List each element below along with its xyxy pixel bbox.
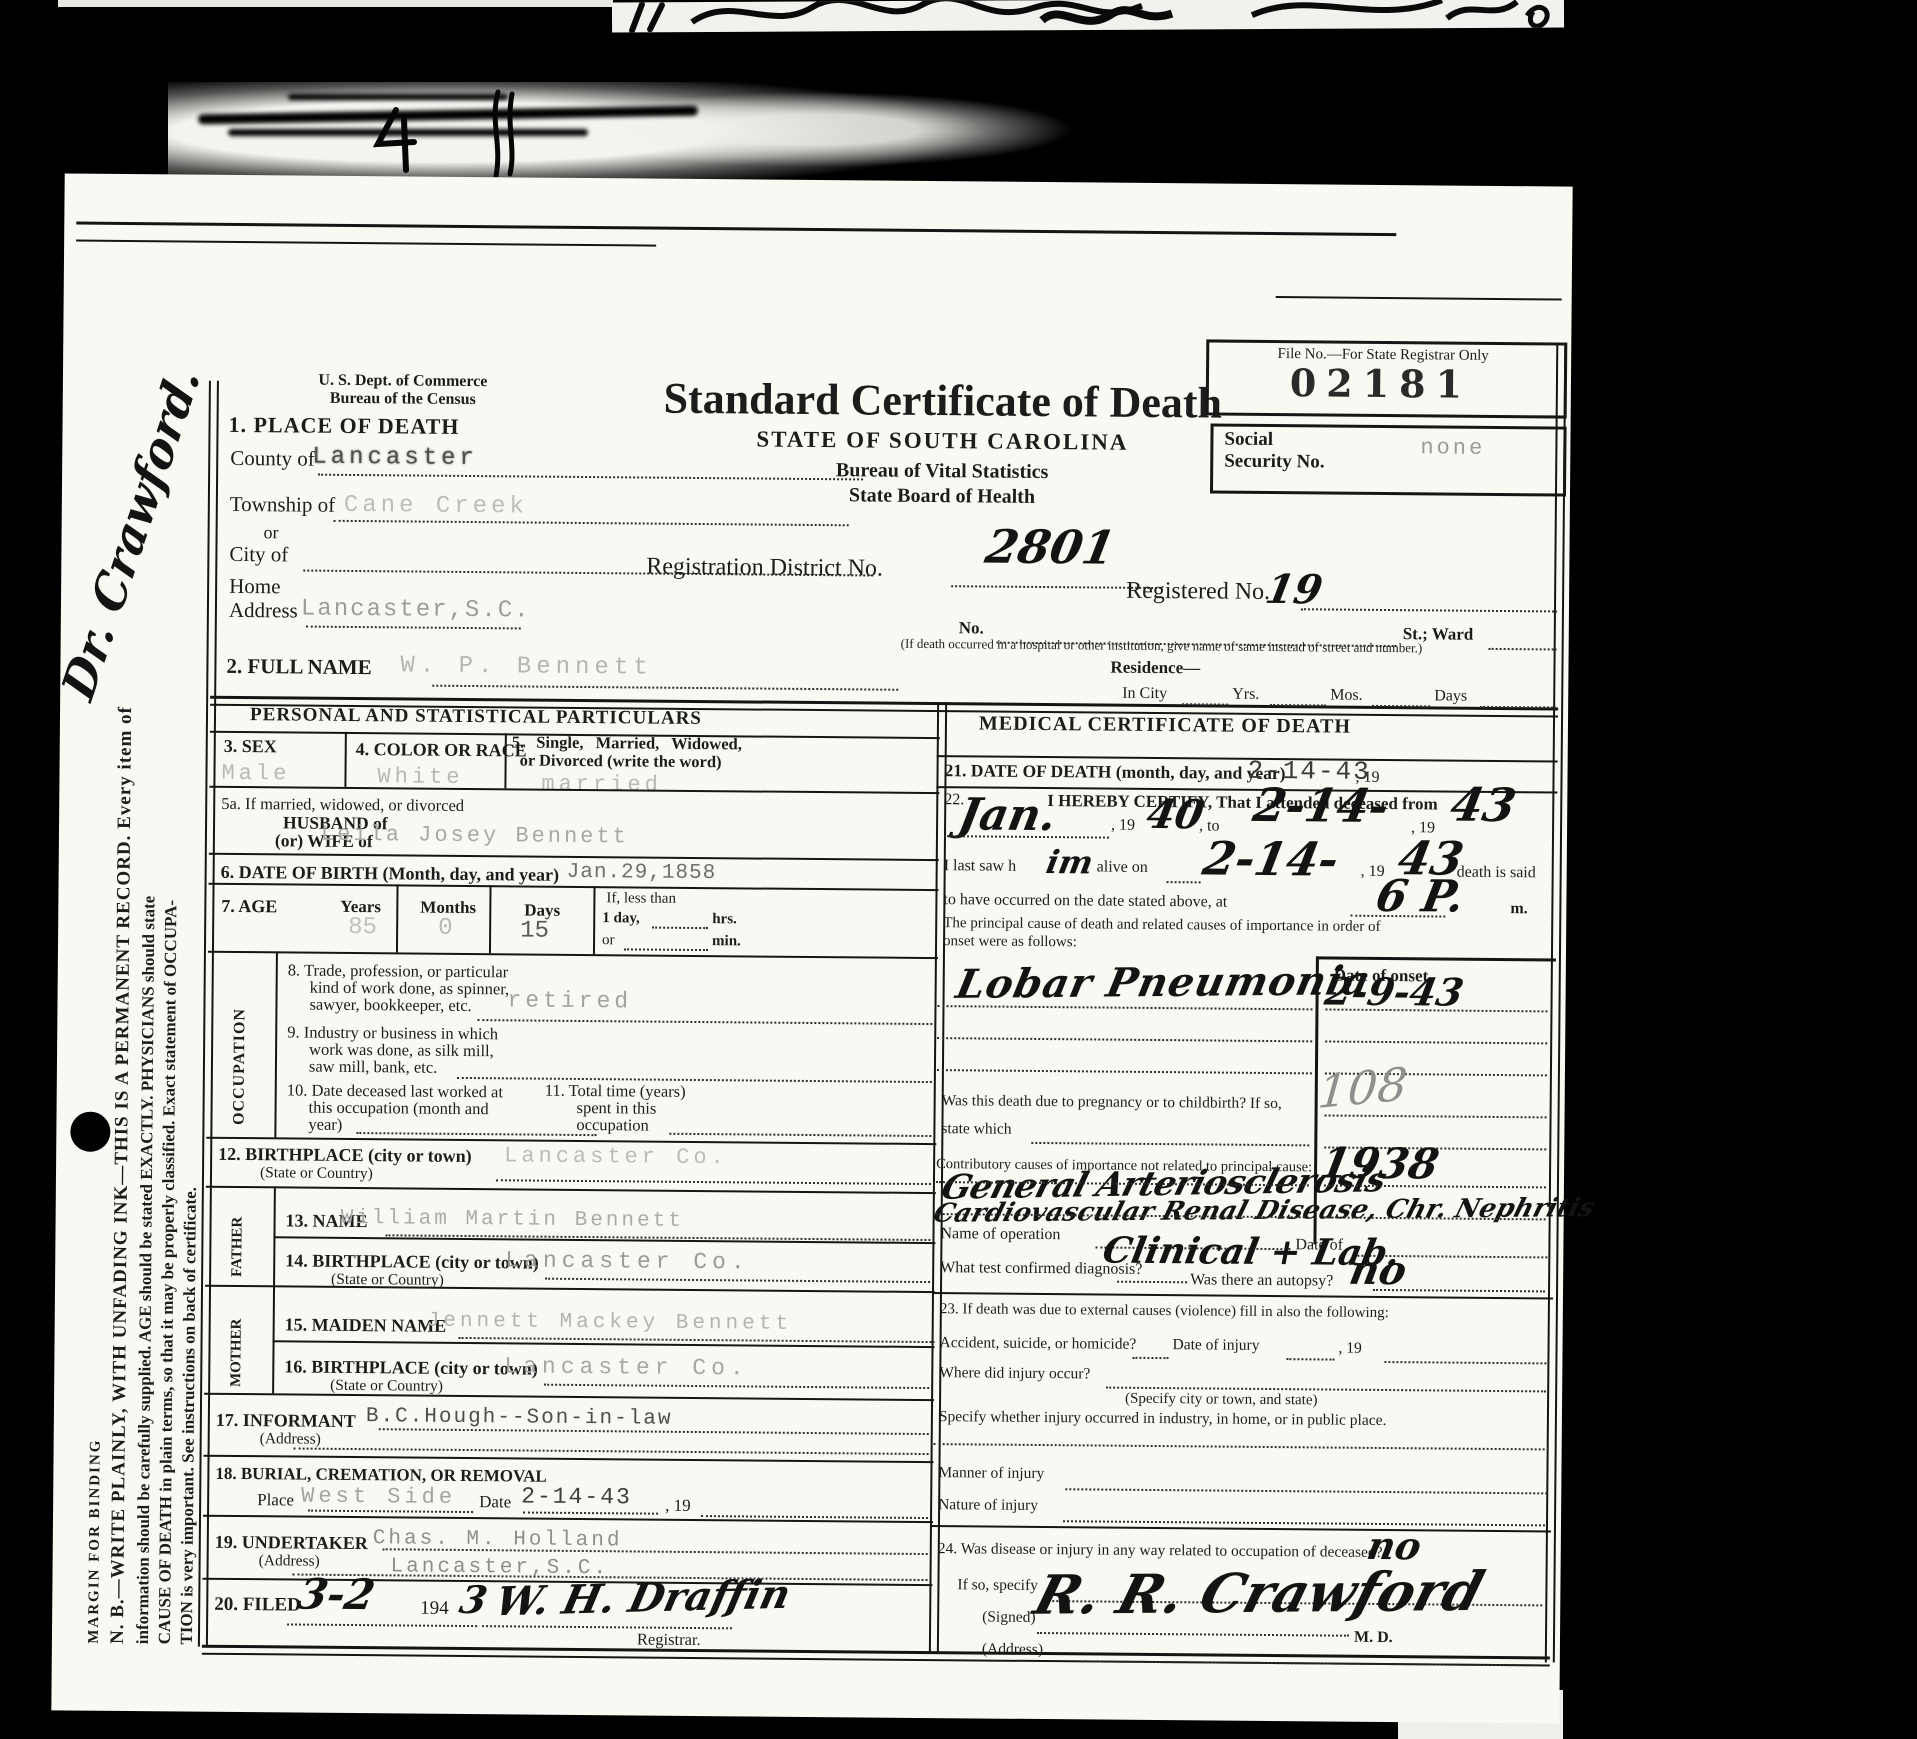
- certificate-title: Standard Certificate of Death: [663, 375, 1222, 427]
- dotted-leader: [545, 1278, 930, 1283]
- st-ward-label: St.; Ward: [1403, 625, 1474, 644]
- mother-side-label: MOTHER: [228, 1299, 251, 1387]
- last-worked-label-3: year): [308, 1116, 342, 1134]
- if-so-specify-label: If so, specify: [957, 1577, 1038, 1594]
- birthplace-label: 12. BIRTHPLACE (city or town): [218, 1145, 472, 1167]
- county-label: County of: [230, 447, 315, 470]
- age-label: 7. AGE: [221, 897, 277, 917]
- dotted-leader: [318, 474, 863, 481]
- mother-maiden-name-value: Jennett Mackey Bennett: [427, 1311, 792, 1335]
- mother-maiden-name-label: 15. MAIDEN NAME: [285, 1315, 447, 1336]
- age-less-label-1: If, less than: [606, 890, 676, 907]
- rule: [205, 1285, 935, 1293]
- nature-of-injury-label: Nature of injury: [938, 1497, 1038, 1515]
- injury-19-label: , 19: [1338, 1341, 1361, 1358]
- injury-date-label: Date of injury: [1172, 1337, 1259, 1354]
- dotted-leader: [1063, 1520, 1545, 1526]
- cell-divider: [344, 732, 346, 787]
- spouse-label-1: 5a. If married, widowed, or divorced: [221, 795, 464, 815]
- file-no-value: 02181: [1290, 362, 1473, 405]
- dotted-leader: [544, 1384, 929, 1389]
- father-birthplace-value: Lancaster Co.: [505, 1249, 750, 1274]
- dotted-leader: [1117, 1281, 1187, 1284]
- industry-label-3: saw mill, bank, etc.: [309, 1058, 437, 1077]
- township-label: Township of: [230, 493, 335, 517]
- pregnancy-question-2: state which: [941, 1121, 1011, 1138]
- state-line: STATE OF SOUTH CAROLINA: [756, 427, 1128, 455]
- burial-label: 18. BURIAL, CREMATION, OR REMOVAL: [215, 1465, 547, 1486]
- accident-label: Accident, suicide, or homicide?: [939, 1335, 1136, 1353]
- rule: [932, 1292, 1553, 1299]
- last-saw-text-1: I last saw h: [944, 857, 1017, 875]
- residence-label: Residence—: [1110, 659, 1200, 678]
- dotted-leader: [523, 1512, 658, 1515]
- dotted-leader: [1065, 1488, 1547, 1494]
- last-saw-him: im: [1044, 846, 1096, 878]
- to-year-value: 43: [1447, 782, 1520, 828]
- trade-value: retired: [507, 989, 632, 1013]
- sex-label: 3. SEX: [224, 737, 277, 757]
- death-is-said-text: death is said: [1457, 864, 1536, 882]
- township-value: Cane Creek: [344, 494, 528, 520]
- hour-of-death-value: 6 P.: [1372, 875, 1467, 920]
- manner-of-injury-label: Manner of injury: [938, 1465, 1044, 1483]
- board-line: State Board of Health: [849, 485, 1035, 508]
- scan-smudge-band: [168, 82, 1153, 182]
- where-injury-label: Where did injury occur?: [939, 1365, 1090, 1383]
- dotted-leader: [308, 1510, 473, 1513]
- no-label: No.: [959, 619, 984, 638]
- specify-city-label: (Specify city or town, and state): [1125, 1391, 1318, 1409]
- dotted-leader: [334, 520, 849, 526]
- ss-value: none: [1420, 437, 1485, 460]
- dob-value: Jan.29,1858: [567, 862, 717, 884]
- address-value: Lancaster,S.C.: [301, 598, 531, 624]
- filed-year-value: 3: [457, 1581, 490, 1619]
- age-years-value: 85: [348, 916, 377, 940]
- sex-value: Male: [221, 763, 290, 786]
- address-paren-label: (Address): [982, 1642, 1043, 1659]
- rule: [209, 883, 939, 891]
- rule: [204, 1455, 934, 1463]
- dotted-leader: [1301, 608, 1557, 612]
- dotted-leader: [432, 685, 898, 691]
- dotted-leader: [1182, 703, 1228, 705]
- ss-label-2: Security No.: [1224, 452, 1324, 473]
- physician-signature: R. R. Crawford: [1029, 1564, 1490, 1622]
- dotted-leader: [306, 626, 521, 630]
- age-hrs-label: hrs.: [712, 911, 737, 927]
- dotted-leader: [1286, 1358, 1334, 1360]
- item23-text: 23. If death was due to external causes …: [940, 1301, 1389, 1321]
- dotted-leader: [1384, 1361, 1546, 1364]
- dotted-leader: [1167, 881, 1201, 883]
- dotted-leader: [934, 1443, 1549, 1450]
- dotted-leader: [287, 1623, 477, 1627]
- age-less-label-2: 1 day,: [602, 910, 640, 927]
- dotted-leader: [1325, 1114, 1547, 1118]
- filed-date-value: 3-2: [294, 1574, 378, 1617]
- principal-cause-text-2: onset were as follows:: [943, 933, 1077, 950]
- filed-194-label: 194: [420, 1599, 449, 1620]
- yrs-label: Yrs.: [1232, 686, 1259, 704]
- section-place-of-death: 1. PLACE OF DEATH: [228, 413, 459, 439]
- cell-divider: [396, 884, 399, 952]
- dotted-leader: [1031, 1142, 1309, 1146]
- dotted-leader: [937, 1037, 1312, 1042]
- informant-label: 17. INFORMANT: [216, 1411, 356, 1432]
- age-min-label: min.: [712, 933, 741, 949]
- registration-district-label: Registration District No.: [646, 555, 883, 583]
- md-label: M. D.: [1354, 1629, 1393, 1647]
- punch-hole: [70, 1112, 110, 1152]
- burial-date-value: 2-14-43: [521, 1485, 632, 1509]
- dotted-leader: [482, 1625, 732, 1629]
- dotted-leader: [383, 1548, 928, 1555]
- form-right-border: [1545, 342, 1567, 1662]
- address-label: Address: [229, 599, 298, 622]
- date-of-death-label: 21. DATE OF DEATH (month, day, and year): [944, 761, 1285, 783]
- father-birthplace-label: 14. BIRTHPLACE (city or town): [285, 1251, 539, 1273]
- rule: [209, 853, 939, 861]
- certificate-sheet: MARGIN FOR BINDING N. B.—WRITE PLAINLY, …: [51, 173, 1572, 1723]
- cell-divider: [489, 885, 492, 953]
- contributory-value-line-2: Cardiovascular Renal Disease, Chr. Nephr…: [930, 1195, 1597, 1227]
- rule: [206, 1186, 936, 1194]
- dotted-leader: [624, 948, 708, 951]
- from-19-label: , 19: [1111, 817, 1135, 834]
- operation-label: Name of operation: [940, 1225, 1060, 1243]
- cause-onset-value: 2-9-43: [1322, 973, 1466, 1012]
- personal-section-header: PERSONAL AND STATISTICAL PARTICULARS: [250, 705, 702, 729]
- marital-label-2: or Divorced (write the word): [520, 751, 722, 771]
- autopsy-value: no: [1347, 1251, 1410, 1291]
- age-days-value: 15: [520, 919, 549, 943]
- total-time-label-3: occupation: [576, 1116, 649, 1134]
- city-label: City of: [229, 543, 288, 566]
- pen-scrawl-marks: [168, 82, 1153, 182]
- burial-year-19: , 19: [665, 1497, 691, 1516]
- agency-line-1: U. S. Dept. of Commerce: [318, 372, 487, 391]
- bureau-line: Bureau of Vital Statistics: [836, 460, 1049, 483]
- burial-date-label: Date: [479, 1493, 511, 1512]
- specify-note: Specify whether injury occurred in indus…: [939, 1409, 1387, 1430]
- scan-line: [1276, 296, 1562, 300]
- informant-value: B.C.Hough--Son-in-law: [366, 1406, 673, 1430]
- days-label: Days: [1434, 687, 1467, 705]
- undertaker-address-paren: (Address): [259, 1553, 320, 1570]
- rule: [208, 951, 938, 959]
- dotted-leader: [652, 927, 708, 929]
- top-edge-scrawl-handwriting: [612, 0, 1564, 32]
- home-label: Home: [229, 575, 281, 598]
- registered-no-label: Registered No.: [1126, 579, 1270, 606]
- side-label-divider: [274, 951, 278, 1137]
- dotted-leader: [1132, 1357, 1168, 1359]
- m-label: m.: [1510, 900, 1527, 917]
- last-saw-date-value: 2-14-: [1200, 835, 1343, 882]
- top-paper-strip: [612, 0, 1564, 32]
- dotted-leader: [457, 1077, 932, 1083]
- medical-section-header: MEDICAL CERTIFICATE OF DEATH: [979, 713, 1351, 738]
- occurred-text: to have occurred on the date stated abov…: [943, 891, 1227, 911]
- dotted-leader: [1325, 1040, 1547, 1044]
- registration-district-value: 2801: [982, 524, 1119, 571]
- age-or-label: or: [602, 932, 615, 948]
- dotted-leader: [496, 1179, 931, 1185]
- rule: [204, 1393, 934, 1401]
- undertaker-label: 19. UNDERTAKER: [215, 1533, 368, 1554]
- scan-line: [76, 240, 656, 247]
- age-months-value: 0: [438, 917, 453, 941]
- rule: [930, 1525, 1551, 1532]
- birthplace-value: Lancaster Co.: [504, 1145, 728, 1169]
- informant-address-paren: (Address): [260, 1431, 321, 1448]
- dotted-leader: [1037, 1632, 1349, 1637]
- race-label: 4. COLOR OR RACE: [356, 740, 527, 761]
- autopsy-label: Was there an autopsy?: [1190, 1271, 1333, 1290]
- item24-text: 24. Was disease or injury in any way rel…: [938, 1541, 1383, 1562]
- spouse-value: Leila Josey Bennett: [321, 824, 629, 849]
- father-side-label: FATHER: [229, 1197, 252, 1277]
- registrar-label: Registrar.: [637, 1630, 701, 1648]
- principal-cause-text-1: The principal cause of death and related…: [943, 915, 1380, 935]
- full-name-value: W. P. Bennett: [400, 654, 652, 680]
- father-name-value: William Martin Bennett: [341, 1208, 684, 1232]
- race-value: White: [377, 766, 463, 789]
- burial-place-value: West Side: [301, 1486, 456, 1509]
- mother-birthplace-value: Lancaster Co.: [504, 1355, 749, 1380]
- dotted-leader: [937, 1069, 1312, 1074]
- last-saw-text-2: alive on: [1097, 858, 1148, 876]
- dotted-leader: [294, 1447, 929, 1455]
- state-or-country-label: (State or Country): [330, 1378, 443, 1396]
- attended-from-value: Jan.: [955, 793, 1060, 838]
- trade-label-3: sawyer, bookkeeper, etc.: [309, 996, 471, 1015]
- dotted-leader: [937, 1005, 1312, 1010]
- cell-divider: [593, 886, 596, 954]
- contributory-onset-value: 1938: [1317, 1142, 1442, 1185]
- agency-line-2: Bureau of the Census: [330, 390, 476, 409]
- dotted-leader: [669, 1133, 931, 1137]
- mother-birthplace-label: 16. BIRTHPLACE (city or town): [284, 1357, 538, 1379]
- scan-line: [76, 222, 1396, 237]
- dotted-leader: [477, 1019, 932, 1025]
- pregnancy-question-1: Was this death due to pregnancy or to ch…: [942, 1093, 1282, 1113]
- scanned-death-certificate: MARGIN FOR BINDING N. B.—WRITE PLAINLY, …: [0, 0, 1917, 1739]
- dotted-leader: [356, 1132, 596, 1136]
- state-or-country-label: (State or Country): [260, 1165, 373, 1183]
- full-name-label: 2. FULL NAME: [226, 655, 371, 679]
- occupation-side-label: OCCUPATION: [230, 965, 253, 1125]
- ss-label-1: Social: [1224, 430, 1273, 451]
- or-label: or: [264, 523, 279, 543]
- filed-label: 20. FILED: [214, 1595, 301, 1616]
- from-year-value: 40: [1143, 795, 1206, 835]
- marital-value: married: [541, 774, 662, 797]
- burial-place-label: Place: [257, 1491, 294, 1510]
- paper-edge-sliver: [58, 0, 613, 7]
- county-value: Lancaster: [312, 446, 478, 471]
- mos-label: Mos.: [1330, 687, 1363, 705]
- registrar-signature: W. H. Draffin: [492, 1575, 795, 1623]
- registered-no-value: 19: [1262, 570, 1325, 610]
- dob-label: 6. DATE OF BIRTH (Month, day, and year): [221, 863, 560, 885]
- attended-to-value: 2-14-: [1250, 782, 1393, 829]
- dotted-leader: [1489, 648, 1557, 651]
- cause-of-death-value: Lobar Pneumonia: [953, 961, 1374, 1005]
- pregnancy-onset-pencil-value: 108: [1316, 1061, 1409, 1115]
- in-city-label: In City: [1122, 685, 1167, 703]
